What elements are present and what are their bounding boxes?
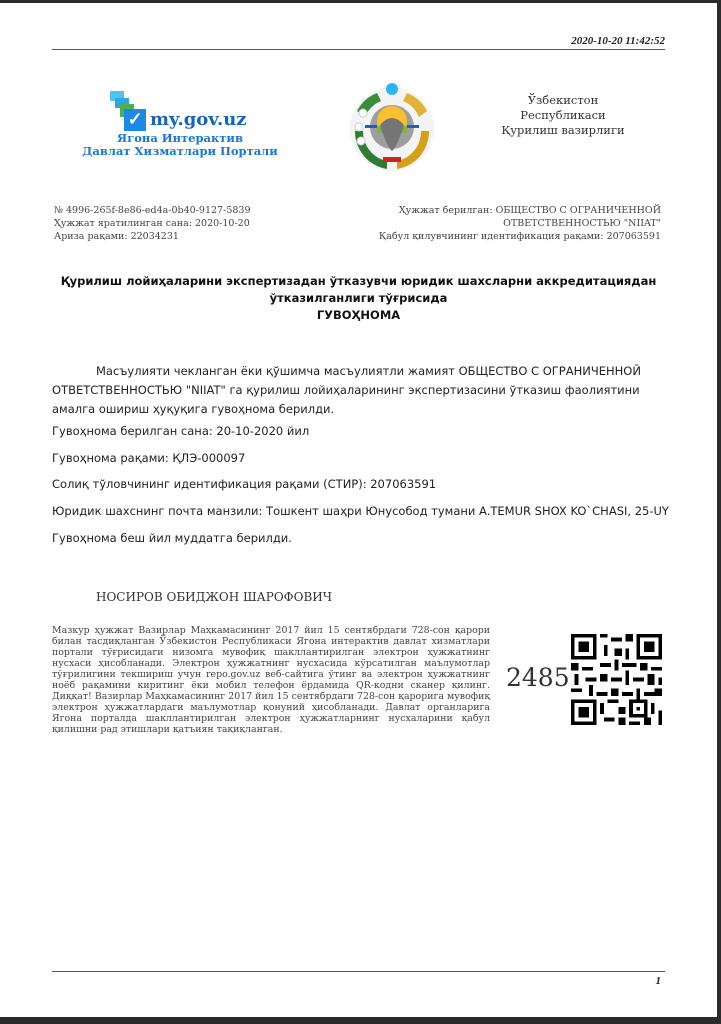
ministry-line-2: Республикаси [488, 108, 638, 123]
document-created-date: Ҳужжат яратилинган сана: 2020-10-20 [54, 217, 251, 230]
page-number: 1 [656, 975, 662, 987]
postal-address: Юридик шахснинг почта манзили: Тошкент ш… [52, 504, 669, 518]
title-line-3: ГУВОҲНОМА [50, 307, 667, 324]
mygov-logo: ✓ my.gov.uz Ягона Интерактив Давлат Хизм… [80, 91, 280, 161]
qr-code-icon[interactable] [571, 634, 662, 725]
footer-divider [52, 971, 665, 972]
verification-code: 2485 [506, 663, 570, 692]
validity-statement: Гувоҳнома беш йил муддатга берилди. [52, 531, 292, 545]
document-meta-left: № 4996-265f-8e86-ed4a-0b40-9127-5839 Ҳуж… [54, 204, 251, 243]
logo-tagline-2: Давлат Хизматлари Портали [80, 144, 280, 158]
certificate-paragraph: Масъулияти чекланган ёки қўшимча масъули… [52, 362, 675, 419]
state-emblem-icon [347, 81, 437, 173]
document-title: Қурилиш лойиҳаларини экспертизадан ўтказ… [50, 273, 667, 324]
issued-to-line-1: Ҳужжат берилган: ОБЩЕСТВО С ОГРАНИЧЕННОЙ [379, 204, 661, 217]
receiver-id: Қабул қилувчининг идентификация рақами: … [379, 230, 661, 243]
ministry-name: Ўзбекистон Республикаси Қурилиш вазирлиг… [488, 93, 638, 138]
header-divider [52, 49, 665, 50]
application-number: Ариза рақами: 22034231 [54, 230, 251, 243]
taxpayer-id: Солиқ тўловчининг идентификация рақами (… [52, 477, 436, 491]
title-line-1: Қурилиш лойиҳаларини экспертизадан ўтказ… [50, 273, 667, 290]
ministry-line-3: Қурилиш вазирлиги [488, 123, 638, 138]
document-number: № 4996-265f-8e86-ed4a-0b40-9127-5839 [54, 204, 251, 217]
logo-squares-icon: ✓ [110, 91, 150, 133]
legal-disclaimer: Мазкур ҳужжат Вазирлар Маҳкамасининг 201… [52, 625, 490, 735]
issue-date: Гувоҳнома берилган сана: 20-10-2020 йил [52, 424, 309, 438]
certificate-number: Гувоҳнома рақами: ҚЛЭ-000097 [52, 451, 245, 465]
signer-name: НОСИРОВ ОБИДЖОН ШАРОФОВИЧ [96, 590, 332, 604]
document-meta-right: Ҳужжат берилган: ОБЩЕСТВО С ОГРАНИЧЕННОЙ… [379, 204, 661, 243]
checkmark-icon: ✓ [124, 109, 146, 131]
title-line-2: ўтказилганлиги тўғрисида [50, 290, 667, 307]
logo-tagline-1: Ягона Интерактив [80, 131, 280, 145]
issued-to-line-2: ОТВЕТСТВЕННОСТЬЮ "NIIAT" [379, 217, 661, 230]
header-timestamp: 2020-10-20 11:42:52 [571, 35, 665, 47]
ministry-line-1: Ўзбекистон [488, 93, 638, 108]
document-page: 2020-10-20 11:42:52 ✓ my.gov.uz Ягона Ин… [0, 3, 717, 1017]
logo-brand: my.gov.uz [150, 109, 247, 130]
